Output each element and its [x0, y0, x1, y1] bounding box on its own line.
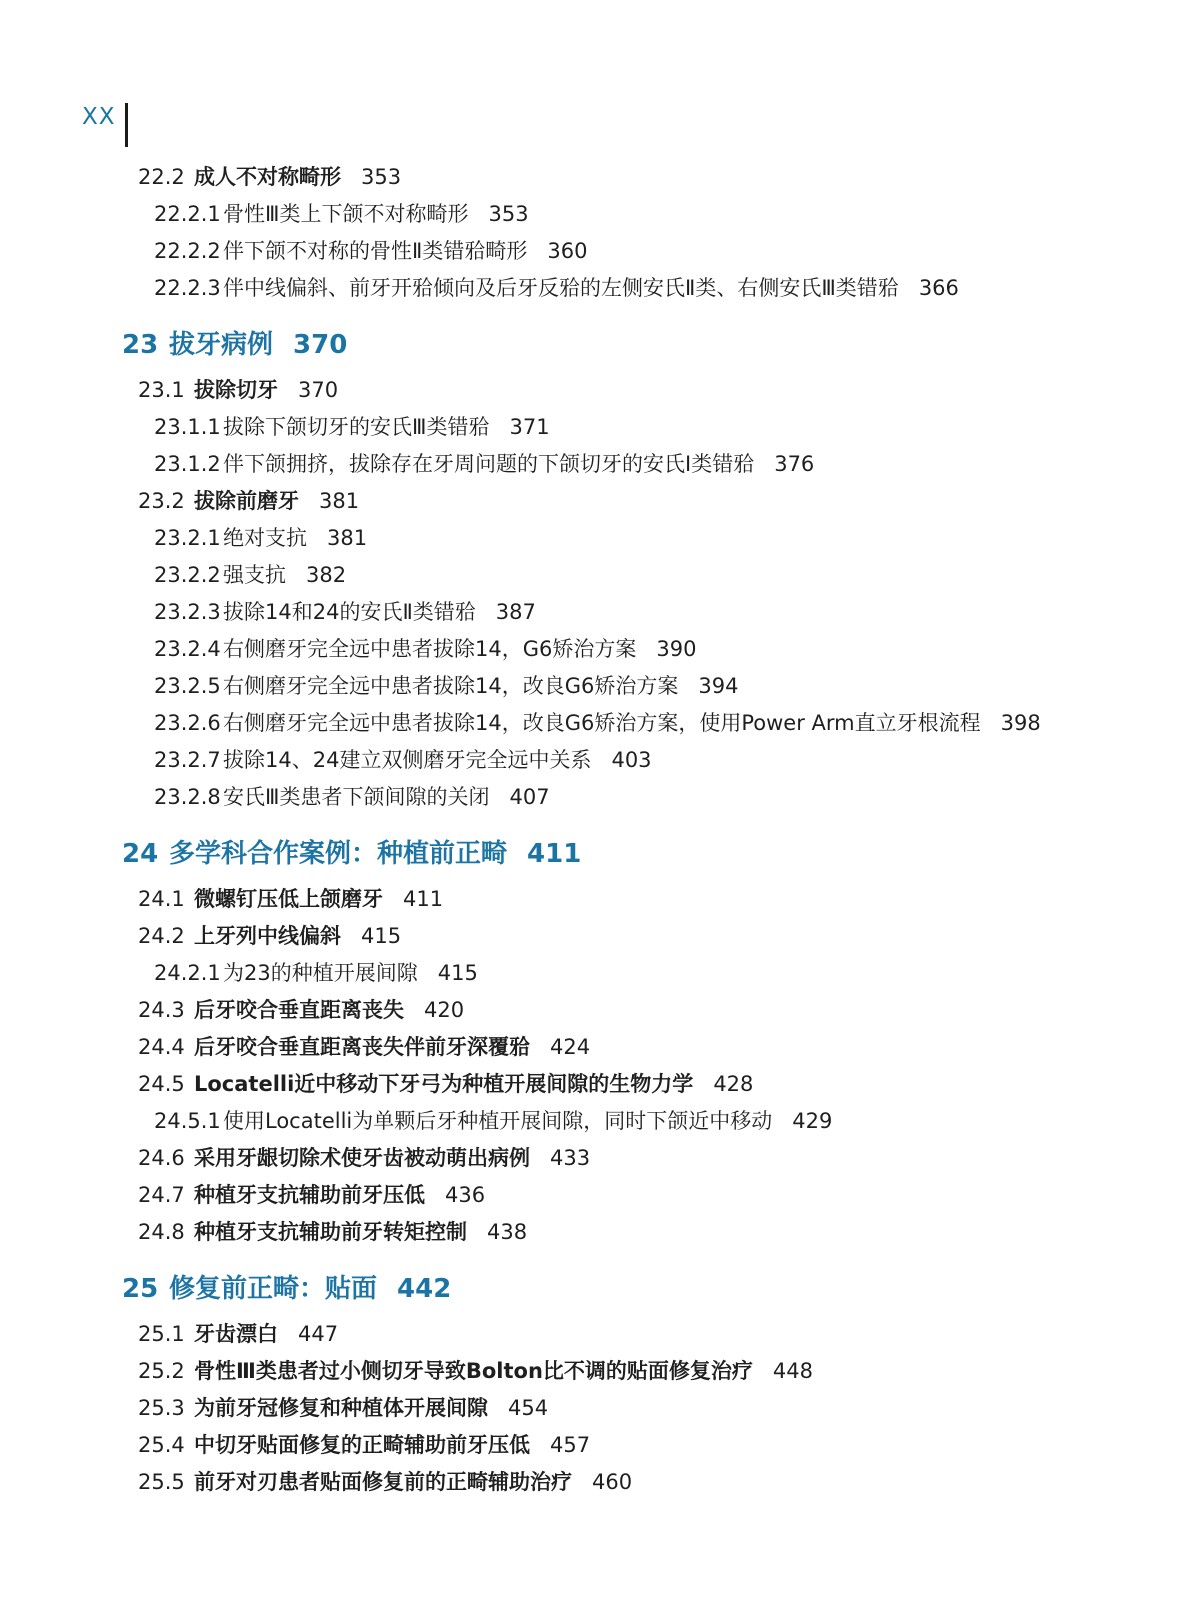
toc-entry: 25.1牙齿漂白447	[0, 1323, 1147, 1346]
toc-entry-page: 424	[550, 1036, 590, 1059]
toc-entry-number: 23.2.1	[154, 527, 223, 550]
toc-entry: 23.2.4右侧磨牙完全远中患者拔除14，G6矫治方案390	[0, 638, 1147, 661]
toc-entry: 25.5前牙对刃患者贴面修复前的正畸辅助治疗460	[0, 1471, 1147, 1494]
toc-entry: 24.7种植牙支抗辅助前牙压低436	[0, 1184, 1147, 1207]
toc-entry-page: 353	[488, 203, 528, 226]
toc-entry-number: 25.4	[138, 1434, 194, 1457]
toc-entry-title: 种植牙支抗辅助前牙转矩控制	[194, 1221, 467, 1244]
toc-entry: 24.1微螺钉压低上颌磨牙411	[0, 888, 1147, 911]
toc-entry-title: 后牙咬合垂直距离丧失伴前牙深覆𬌗	[194, 1036, 530, 1059]
toc-entry: 23.2.3拔除14和24的安氏Ⅱ类错𬌗387	[0, 601, 1147, 624]
toc-entry: 23.2.7拔除14、24建立双侧磨牙完全远中关系403	[0, 749, 1147, 772]
toc-entry-number: 25.3	[138, 1397, 194, 1420]
toc-entry-title: 伴下颌拥挤，拔除存在牙周问题的下颌切牙的安氏Ⅰ类错𬌗	[223, 453, 754, 476]
toc-entry-number: 25.5	[138, 1471, 194, 1494]
toc-entry-title: 拔除前磨牙	[194, 490, 299, 513]
toc-entry-page: 428	[713, 1073, 753, 1096]
toc-entry: 24.2上牙列中线偏斜415	[0, 925, 1147, 948]
toc-entry-page: 411	[527, 840, 581, 869]
toc-entry-page: 411	[403, 888, 443, 911]
toc-entry: 25.3为前牙冠修复和种植体开展间隙454	[0, 1397, 1147, 1420]
toc-entry-page: 360	[547, 240, 587, 263]
toc-entry-number: 23.1	[138, 379, 194, 402]
toc-entry-title: 拔除下颌切牙的安氏Ⅲ类错𬌗	[223, 416, 489, 439]
toc-entry: 23.1拔除切牙370	[0, 379, 1147, 402]
toc-entry-title: 使用Locatelli为单颗后牙种植开展间隙，同时下颌近中移动	[223, 1110, 772, 1133]
toc-entry-title: 成人不对称畸形	[194, 166, 341, 189]
toc-entry-page: 370	[298, 379, 338, 402]
toc-entry-title: 修复前正畸：贴面	[169, 1275, 377, 1304]
toc-entry-page: 436	[445, 1184, 485, 1207]
toc-entry-title: 上牙列中线偏斜	[194, 925, 341, 948]
toc-entry-page: 429	[792, 1110, 832, 1133]
toc-entry: 23.1.1拔除下颌切牙的安氏Ⅲ类错𬌗371	[0, 416, 1147, 439]
toc-entry: 23.1.2伴下颌拥挤，拔除存在牙周问题的下颌切牙的安氏Ⅰ类错𬌗376	[0, 453, 1147, 476]
toc-entry-title: 拔除14和24的安氏Ⅱ类错𬌗	[223, 601, 476, 624]
toc-entry-number: 25	[122, 1275, 169, 1304]
toc-entry-page: 447	[298, 1323, 338, 1346]
toc-entry-title: 伴下颌不对称的骨性Ⅱ类错𬌗畸形	[223, 240, 527, 263]
toc-entry-title: Locatelli近中移动下牙弓为种植开展间隙的生物力学	[194, 1073, 693, 1096]
toc-entry-number: 24	[122, 840, 169, 869]
toc-entry-title: 牙齿漂白	[194, 1323, 278, 1346]
toc-entry-page: 438	[487, 1221, 527, 1244]
toc-entry-title: 右侧磨牙完全远中患者拔除14，G6矫治方案	[223, 638, 636, 661]
toc-entry-title: 骨性Ⅲ类患者过小侧切牙导致Bolton比不调的贴面修复治疗	[194, 1360, 753, 1383]
toc-entry-number: 22.2.2	[154, 240, 223, 263]
toc-entry-number: 22.2.1	[154, 203, 223, 226]
toc-entry: 25.4中切牙贴面修复的正畸辅助前牙压低457	[0, 1434, 1147, 1457]
toc-entry-page: 381	[319, 490, 359, 513]
toc-entry-title: 拔牙病例	[169, 331, 273, 360]
toc-entry-title: 多学科合作案例：种植前正畸	[169, 840, 507, 869]
toc-entry-number: 24.5	[138, 1073, 194, 1096]
toc-entry-number: 22.2.3	[154, 277, 223, 300]
toc-entry-title: 拔除切牙	[194, 379, 278, 402]
toc-entry-page: 415	[361, 925, 401, 948]
toc-entry-title: 前牙对刃患者贴面修复前的正畸辅助治疗	[194, 1471, 572, 1494]
toc-entry-number: 24.8	[138, 1221, 194, 1244]
toc-entry-number: 23.2.6	[154, 712, 223, 735]
toc-entry-page: 407	[509, 786, 549, 809]
toc-entry-number: 24.6	[138, 1147, 194, 1170]
toc-entry: 24.2.1为23的种植开展间隙415	[0, 962, 1147, 985]
toc-entry-number: 23.2.8	[154, 786, 223, 809]
toc-entry-title: 安氏Ⅲ类患者下颌间隙的关闭	[223, 786, 489, 809]
toc-entry: 22.2.3伴中线偏斜、前牙开𬌗倾向及后牙反𬌗的左侧安氏Ⅱ类、右侧安氏Ⅲ类错𬌗3…	[0, 277, 1147, 300]
toc-entry-page: 381	[327, 527, 367, 550]
toc-entry-number: 24.2	[138, 925, 194, 948]
toc-entry-number: 25.2	[138, 1360, 194, 1383]
toc-entry-page: 442	[397, 1275, 451, 1304]
toc-entry: 24.3后牙咬合垂直距离丧失420	[0, 999, 1147, 1022]
toc-entry: 24.4后牙咬合垂直距离丧失伴前牙深覆𬌗424	[0, 1036, 1147, 1059]
toc-entry-page: 353	[361, 166, 401, 189]
toc-entry: 23.2.2强支抗382	[0, 564, 1147, 587]
toc-entry-title: 强支抗	[223, 564, 286, 587]
toc-chapter-heading: 25修复前正畸：贴面442	[0, 1275, 1147, 1304]
toc-entry-page: 415	[438, 962, 478, 985]
toc-entry: 24.6采用牙龈切除术使牙齿被动萌出病例433	[0, 1147, 1147, 1170]
toc-entry-number: 24.7	[138, 1184, 194, 1207]
toc-entry-page: 390	[656, 638, 696, 661]
toc-entry-title: 为前牙冠修复和种植体开展间隙	[194, 1397, 488, 1420]
toc-entry-number: 23.2.3	[154, 601, 223, 624]
toc-entry: 23.2.5右侧磨牙完全远中患者拔除14，改良G6矫治方案394	[0, 675, 1147, 698]
toc-entry-number: 23.1.1	[154, 416, 223, 439]
toc-list: 22.2成人不对称畸形35322.2.1骨性Ⅲ类上下颌不对称畸形35322.2.…	[0, 166, 1147, 1508]
header-divider-rule	[125, 103, 128, 147]
toc-entry: 22.2.1骨性Ⅲ类上下颌不对称畸形353	[0, 203, 1147, 226]
toc-entry: 22.2成人不对称畸形353	[0, 166, 1147, 189]
toc-entry-number: 24.3	[138, 999, 194, 1022]
toc-entry-title: 后牙咬合垂直距离丧失	[194, 999, 404, 1022]
toc-entry: 23.2.1绝对支抗381	[0, 527, 1147, 550]
toc-entry-number: 24.5.1	[154, 1110, 223, 1133]
toc-entry-title: 右侧磨牙完全远中患者拔除14，改良G6矫治方案，使用Power Arm直立牙根流…	[223, 712, 981, 735]
toc-entry-title: 拔除14、24建立双侧磨牙完全远中关系	[223, 749, 591, 772]
toc-entry-number: 22.2	[138, 166, 194, 189]
toc-entry: 23.2拔除前磨牙381	[0, 490, 1147, 513]
toc-entry-page: 448	[773, 1360, 813, 1383]
toc-entry-number: 24.4	[138, 1036, 194, 1059]
toc-entry-page: 457	[550, 1434, 590, 1457]
toc-entry-title: 骨性Ⅲ类上下颌不对称畸形	[223, 203, 468, 226]
toc-entry-number: 23.1.2	[154, 453, 223, 476]
toc-entry-page: 398	[1001, 712, 1041, 735]
page-number: XX	[82, 104, 116, 130]
toc-entry-page: 382	[306, 564, 346, 587]
toc-entry-page: 403	[611, 749, 651, 772]
toc-entry-page: 420	[424, 999, 464, 1022]
toc-entry-number: 24.1	[138, 888, 194, 911]
toc-entry-page: 460	[592, 1471, 632, 1494]
toc-entry-number: 23.2.2	[154, 564, 223, 587]
toc-entry-page: 376	[774, 453, 814, 476]
toc-entry-title: 为23的种植开展间隙	[223, 962, 418, 985]
toc-entry: 25.2骨性Ⅲ类患者过小侧切牙导致Bolton比不调的贴面修复治疗448	[0, 1360, 1147, 1383]
toc-entry: 24.5.1使用Locatelli为单颗后牙种植开展间隙，同时下颌近中移动429	[0, 1110, 1147, 1133]
toc-entry-title: 微螺钉压低上颌磨牙	[194, 888, 383, 911]
toc-entry-title: 右侧磨牙完全远中患者拔除14，改良G6矫治方案	[223, 675, 678, 698]
toc-entry: 23.2.8安氏Ⅲ类患者下颌间隙的关闭407	[0, 786, 1147, 809]
toc-entry-number: 23.2.5	[154, 675, 223, 698]
toc-chapter-heading: 24多学科合作案例：种植前正畸411	[0, 840, 1147, 869]
toc-entry-page: 433	[550, 1147, 590, 1170]
toc-entry-number: 23.2.7	[154, 749, 223, 772]
toc-entry: 23.2.6右侧磨牙完全远中患者拔除14，改良G6矫治方案，使用Power Ar…	[0, 712, 1147, 735]
toc-entry-title: 种植牙支抗辅助前牙压低	[194, 1184, 425, 1207]
toc-entry-page: 387	[496, 601, 536, 624]
toc-entry-page: 366	[919, 277, 959, 300]
toc-entry-page: 394	[698, 675, 738, 698]
toc-entry-title: 中切牙贴面修复的正畸辅助前牙压低	[194, 1434, 530, 1457]
toc-entry-page: 370	[293, 331, 347, 360]
toc-entry-page: 371	[509, 416, 549, 439]
toc-entry-number: 24.2.1	[154, 962, 223, 985]
toc-entry: 22.2.2伴下颌不对称的骨性Ⅱ类错𬌗畸形360	[0, 240, 1147, 263]
page-header: XX	[82, 104, 128, 147]
toc-entry-number: 23.2.4	[154, 638, 223, 661]
toc-entry-page: 454	[508, 1397, 548, 1420]
toc-chapter-heading: 23拔牙病例370	[0, 331, 1147, 360]
toc-entry: 24.8种植牙支抗辅助前牙转矩控制438	[0, 1221, 1147, 1244]
toc-entry-title: 伴中线偏斜、前牙开𬌗倾向及后牙反𬌗的左侧安氏Ⅱ类、右侧安氏Ⅲ类错𬌗	[223, 277, 899, 300]
toc-entry-number: 23	[122, 331, 169, 360]
toc-entry-number: 23.2	[138, 490, 194, 513]
toc-entry-title: 采用牙龈切除术使牙齿被动萌出病例	[194, 1147, 530, 1170]
toc-entry-title: 绝对支抗	[223, 527, 307, 550]
toc-entry-number: 25.1	[138, 1323, 194, 1346]
toc-entry: 24.5Locatelli近中移动下牙弓为种植开展间隙的生物力学428	[0, 1073, 1147, 1096]
